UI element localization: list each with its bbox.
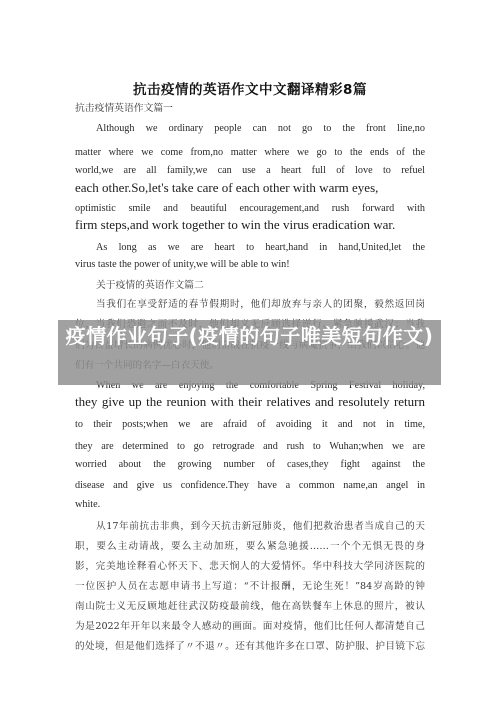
document-title: 抗击疫情的英语作文中文翻译精彩8篇 (0, 78, 500, 98)
text-line: As long as we are heart to heart,hand in… (96, 241, 425, 255)
text-line: firm steps,and work together to win the … (75, 218, 425, 232)
text-line: matter where we come from,no matter wher… (75, 146, 425, 160)
text-line: world,we are all family,we can use a hea… (75, 164, 425, 178)
document-page: 抗击疫情的英语作文中文翻译精彩8篇 抗击疫情英语作文篇一 Although we… (0, 0, 500, 707)
section-heading-1: 抗击疫情英语作文篇一 (75, 102, 425, 116)
text-line: 一位医护人员在志愿申请书上写道：“不计报酬，无论生死！”84岁高龄的钟 (75, 580, 425, 594)
text-line: Although we ordinary people can not go t… (96, 122, 425, 136)
text-line: white. (75, 498, 425, 512)
text-line: 南山院士义无反顾地赶往武汉防疫最前线，他在高铁餐车上休息的照片，被认 (75, 600, 425, 614)
text-line: 当我们在享受舒适的春节假期时，他们却放弃与亲人的团聚，毅然返回岗 (96, 298, 425, 312)
text-line: 的处境，但是他们选择了〃不退〃。还有其他许多在口罩、防护服、护目镜下忘 (75, 640, 425, 654)
text-line: disease and give us confidence.They have… (75, 479, 425, 493)
text-line: 职，要么主动请战，要么主动加班，要么紧急驰援……一个个无惧无畏的身 (75, 540, 425, 554)
text-line: to their posts;when we are afraid of avo… (75, 418, 425, 432)
text-line: they are determined to go retrograde and… (75, 440, 425, 454)
text-line: 影，完美地诠释看心怀天下、悲天悯人的大爱情怀。华中科技大学同济医院的 (75, 560, 425, 574)
overlay-title: 疫情作业句子(疫情的句子唯美短句作文) (58, 323, 441, 350)
text-line: each other.So,let's take care of each ot… (75, 181, 425, 195)
text-line: they give up the reunion with their rela… (75, 395, 425, 409)
section-heading-2: 关于疫情的英语作文篇二 (96, 279, 425, 293)
text-line: 为是2022年开年以来最令人感动的画面。面对疫情，他们比任何人都清楚自己 (75, 620, 425, 634)
text-line: worried about the growing number of case… (75, 458, 425, 472)
text-line: optimistic smile and beautiful encourage… (75, 202, 425, 216)
text-line: virus taste the power of unity,we will b… (75, 258, 425, 272)
text-line: 从17年前抗击非典，到今天抗击新冠肺炎，他们把救治患者当成自己的天 (96, 520, 425, 534)
